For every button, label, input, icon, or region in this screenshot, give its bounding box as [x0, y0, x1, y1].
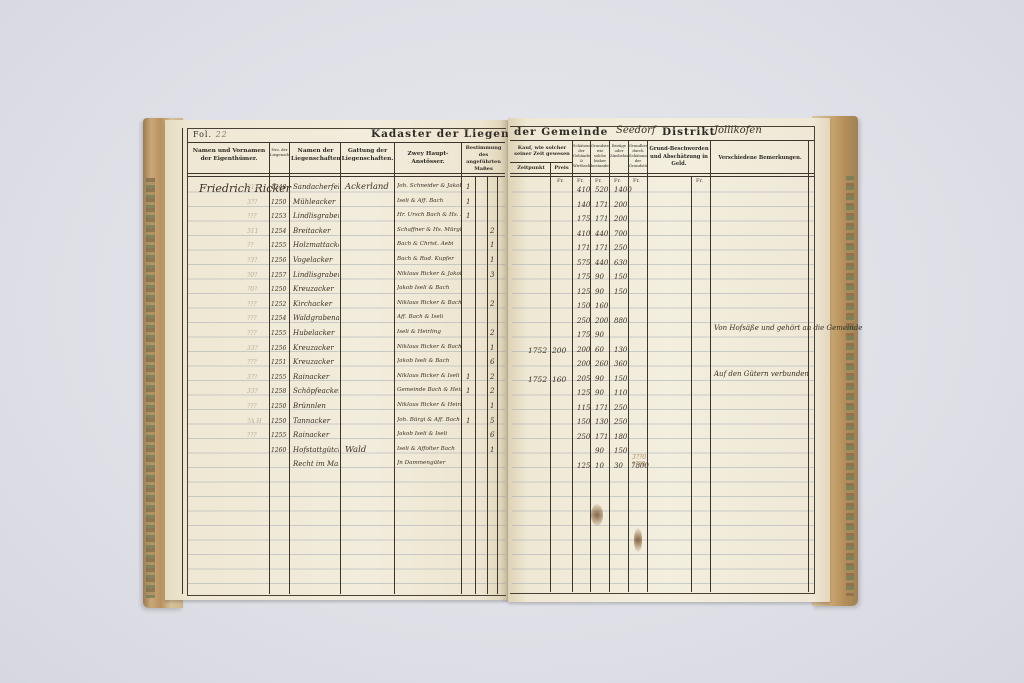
value-b: 90: [595, 375, 604, 383]
col-sep: [647, 140, 648, 592]
header-rule: [510, 173, 814, 174]
parcel-number: 1252: [271, 301, 286, 308]
kauf-preis: 160: [552, 375, 566, 384]
parcel-type: Ackerland: [345, 182, 389, 192]
col-header-bounds: Zwey Haupt-Anstösser.: [395, 150, 461, 166]
neighbours: Niklaus Ricker & Jakob Iseli: [397, 271, 461, 277]
parcel-number: 1250: [271, 199, 286, 206]
parcel-name: Lindlisgraben: [293, 212, 339, 220]
measure-1: 1: [466, 212, 470, 220]
value-b: 440: [595, 230, 608, 238]
folio-label: Fol. 22: [193, 130, 228, 139]
col-sep: [572, 140, 573, 592]
remark-1: Von Hofsäße und gehört an die Gemeinde: [714, 324, 862, 332]
parcel-number: 1258: [271, 388, 286, 395]
neighbours: Gemeinde Bach & Heirling: [397, 387, 461, 393]
value-c: 150: [614, 375, 627, 383]
parcel-name: Kreuzacker: [293, 344, 339, 352]
neighbours: Bach & Rud. Kupfer: [397, 256, 461, 262]
side-number: ???: [247, 315, 257, 322]
parcel-number: 1255: [271, 330, 286, 337]
measure-2: 5: [490, 417, 494, 425]
neighbours: Jakob Iseli & Bach: [397, 285, 461, 291]
parcel-number: 1250: [271, 403, 286, 410]
col-header-grundbesitz: Grundbesitz durch Schätzung der Grundstü…: [629, 143, 647, 168]
value-a: 250: [577, 317, 590, 325]
col-sep-thin: [487, 176, 488, 594]
measure-2: 1: [490, 256, 494, 264]
neighbours: Iseli & Heirling: [397, 329, 461, 335]
side-number: ???: [247, 213, 257, 220]
side-number: ??: [247, 242, 253, 249]
parcel-name: Holzmattacker: [293, 241, 339, 249]
side-number: ???: [247, 359, 257, 366]
col-sep: [394, 142, 395, 594]
parcel-name: Recht im Mahnwaldstrasse: [293, 460, 339, 468]
parcel-name: Kreuzacker: [293, 285, 339, 293]
parcel-number: 1254: [271, 228, 286, 235]
value-a: 250: [577, 433, 590, 441]
parcel-number: 1260: [271, 447, 286, 454]
col-sep: [609, 140, 610, 592]
value-c: 630: [614, 259, 627, 267]
measure-2: 6: [490, 431, 494, 439]
value-b: 60: [595, 346, 604, 354]
value-b: 90: [595, 288, 604, 296]
col-sep: [710, 140, 711, 592]
distrikt-value: Jollikofen: [714, 125, 762, 136]
parcel-name: Sandacherfeldacker: [293, 183, 339, 191]
value-a: 125: [577, 462, 590, 470]
parcel-number: 1255: [271, 432, 286, 439]
col-sep: [289, 142, 290, 594]
header-rule: [187, 173, 505, 174]
parcel-name: Vogelacker: [293, 256, 339, 264]
col-sep: [461, 142, 462, 594]
value-a: 200: [577, 360, 590, 368]
value-c: 150: [614, 273, 627, 281]
parcel-number: 1256: [271, 257, 286, 264]
kauf-preis: 200: [552, 346, 566, 355]
measure-2: 1: [490, 446, 494, 454]
unit-label: Fr.: [614, 178, 621, 184]
measure-2: 3: [490, 271, 494, 279]
col-header-measure: Bestimmung des angeführten Maßes: [462, 145, 505, 173]
col-header-nr: Nro. der Liegenschaften.: [270, 147, 289, 157]
header-rule-double: [187, 176, 505, 177]
value-c: 200: [614, 215, 627, 223]
value-b: 90: [595, 389, 604, 397]
value-c: 250: [614, 404, 627, 412]
neighbours: Jakob Iseli & Iseli: [397, 431, 461, 437]
value-a: 410: [577, 230, 590, 238]
measure-1: 1: [466, 417, 470, 425]
parcel-name: Tannacker: [293, 417, 339, 425]
value-a: 175: [577, 273, 590, 281]
measure-2: 1: [490, 241, 494, 249]
neighbours: Joh. Schneider & Jakob Iseli: [397, 183, 461, 189]
col-header-bezuge: Bezüge oder Zinsbelastung: [610, 143, 628, 158]
value-c: 130: [614, 346, 627, 354]
col-sep: [340, 142, 341, 594]
parcel-number: 1255: [271, 242, 286, 249]
value-b: 200: [595, 317, 608, 325]
parcel-name: Hofstattgütchen: [293, 446, 339, 454]
parcel-number: 1253: [271, 213, 286, 220]
value-a: 205: [577, 375, 590, 383]
sum-value-2: ???0: [632, 461, 645, 468]
value-b: 90: [595, 447, 604, 455]
value-a: 150: [577, 418, 590, 426]
value-b: 171: [595, 433, 608, 441]
measure-2: 2: [490, 329, 494, 337]
page-title-right: der Gemeinde: [514, 126, 608, 138]
parcel-number: 1250: [271, 418, 286, 425]
value-b: 160: [595, 302, 608, 310]
measure-2: 2: [490, 387, 494, 395]
side-number: ???: [247, 301, 257, 308]
col-header-schatzung: Schätzung der Gebäude, & Wirthschaften: [573, 143, 590, 168]
value-a: 125: [577, 389, 590, 397]
unit-label: Fr.: [557, 178, 564, 184]
value-c: 700: [614, 230, 627, 238]
parcel-number: 1256: [271, 345, 286, 352]
kauf-sub-rule: [510, 162, 572, 163]
kauf-zeitpunkt: 1752: [528, 346, 547, 355]
ink-stain: [591, 504, 603, 526]
measure-1: 1: [466, 387, 470, 395]
col-sep: [808, 140, 809, 592]
value-b: 171: [595, 215, 608, 223]
value-a: 175: [577, 331, 590, 339]
neighbours: Iseli & Affolter Bach: [397, 446, 461, 452]
col-header-kauf: Kauf, wie solcher seiner Zeit gewesen: [512, 145, 572, 157]
value-c: 200: [614, 201, 627, 209]
value-b: 90: [595, 273, 604, 281]
col-header-parcel-name: Namen der Liegenschaften.: [291, 147, 340, 163]
value-c: 360: [614, 360, 627, 368]
parcel-number: 1250: [271, 286, 286, 293]
neighbours: Niklaus Ricker & Bach: [397, 344, 461, 350]
side-number: ?A H: [247, 418, 262, 425]
value-a: 200: [577, 346, 590, 354]
margin-line: [182, 128, 183, 594]
parcel-number: 1251: [271, 359, 286, 366]
sum-value-1: 3??0: [632, 454, 646, 461]
col-sep: [691, 176, 692, 592]
side-number: 33?: [247, 345, 258, 352]
parcel-name: Kreuzacker: [293, 358, 339, 366]
value-a: 140: [577, 201, 590, 209]
parcel-name: Waldgrabenacker: [293, 314, 339, 322]
parcel-name: Rainacker: [293, 431, 339, 439]
value-b: 260: [595, 360, 608, 368]
neighbours: Hr. Ursch Bach & Hs. Mürgler: [397, 212, 461, 218]
parcel-number: 1255: [271, 374, 286, 381]
parcel-number: 1257: [271, 272, 286, 279]
value-c: 1400: [614, 186, 632, 194]
col-header-grundsteuer: Grundsteuer, wie solche bisher bestanden: [591, 143, 609, 168]
parcel-name: Kirchacker: [293, 300, 339, 308]
header-rule-double: [510, 176, 814, 177]
parcel-number: 1254: [271, 315, 286, 322]
col-sep-thin: [475, 176, 476, 594]
col-sep-thin: [497, 176, 498, 594]
folio-number: 22: [216, 130, 228, 139]
col-sep: [269, 142, 270, 594]
col-sep: [628, 140, 629, 592]
value-c: 250: [614, 418, 627, 426]
col-header-owner: Namen und Vornamen der Eigenthümer.: [189, 147, 269, 163]
parcel-name: Lindlisgraben: [293, 271, 339, 279]
value-a: 171: [577, 244, 590, 252]
value-b: 90: [595, 331, 604, 339]
value-a: 575: [577, 259, 590, 267]
col-header-beschwerden: Grund-Beschwerden und Abschätzung in Gel…: [648, 146, 710, 169]
side-number: ?0?: [247, 286, 257, 293]
measure-2: 2: [490, 373, 494, 381]
parcel-name: Rainacker: [293, 373, 339, 381]
measure-2: 6: [490, 358, 494, 366]
col-header-zeitpunkt: Zeitpunkt: [512, 164, 550, 172]
col-header-preis: Preis: [551, 164, 572, 172]
neighbours: Aff. Bach & Iseli: [397, 314, 461, 320]
parcel-number: 1248: [271, 184, 286, 191]
value-c: 180: [614, 433, 627, 441]
unit-label: Fr.: [577, 178, 584, 184]
value-a: 150: [577, 302, 590, 310]
side-number: ?0?: [247, 272, 257, 279]
folio-label-text: Fol.: [193, 130, 212, 139]
measure-1: 1: [466, 198, 470, 206]
right-page: der Gemeinde Seedorf Distrikt Jollikofen…: [508, 118, 830, 602]
side-number: 311: [247, 228, 258, 235]
side-number: ?3?: [247, 257, 257, 264]
open-ledger-book: Fol. 22 Kadaster der Liegenschaften Name…: [0, 0, 1024, 683]
value-c: 30: [614, 462, 623, 470]
value-c: 250: [614, 244, 627, 252]
parcel-name: Hubelacker: [293, 329, 339, 337]
neighbours: Joh. Bürgi & Aff. Bach: [397, 417, 461, 423]
parcel-name: Schöpfeacker: [293, 387, 339, 395]
value-b: 171: [595, 244, 608, 252]
value-b: 130: [595, 418, 608, 426]
side-number: ???: [247, 403, 257, 410]
measure-1: 1: [466, 183, 470, 191]
right-page-frame: [510, 126, 815, 594]
value-b: 440: [595, 259, 608, 267]
value-c: 110: [614, 389, 627, 397]
neighbours: Iseli & Aff. Bach: [397, 198, 461, 204]
side-number: 3??: [247, 199, 257, 206]
col-header-bemerkungen: Verschiedene Bemerkungen.: [712, 154, 808, 162]
ink-stain: [634, 528, 642, 552]
value-b: 520: [595, 186, 608, 194]
value-c: 150: [614, 288, 627, 296]
side-number: 313: [247, 184, 258, 191]
parcel-name: Brünnlen: [293, 402, 339, 410]
measure-2: 2: [490, 300, 494, 308]
side-number: ???: [247, 432, 257, 439]
measure-2: 2: [490, 227, 494, 235]
value-a: 175: [577, 215, 590, 223]
neighbours: Schaffner & Hs. Mürgler: [397, 227, 461, 233]
parcel-name: Breitacker: [293, 227, 339, 235]
left-page: Fol. 22 Kadaster der Liegenschaften Name…: [165, 120, 508, 600]
neighbours: Bach & Christ. Aebi: [397, 241, 461, 247]
title-rule: [510, 140, 814, 141]
unit-label: Fr.: [633, 178, 640, 184]
parcel-type: Wald: [345, 445, 366, 455]
gemeinde-value: Seedorf: [616, 125, 656, 136]
distrikt-label: Distrikt: [662, 126, 716, 138]
neighbours: Niklaus Ricker & Bach: [397, 300, 461, 306]
value-b: 10: [595, 462, 604, 470]
value-b: 171: [595, 201, 608, 209]
side-number: ???: [247, 330, 257, 337]
neighbours: Jn Dammengüter: [397, 460, 461, 466]
col-header-type: Gattung der Liegenschaften.: [341, 147, 394, 163]
title-rule: [187, 142, 505, 143]
side-number: 33?: [247, 388, 258, 395]
value-b: 171: [595, 404, 608, 412]
kauf-zeitpunkt: 1752: [528, 375, 547, 384]
value-c: 150: [614, 447, 627, 455]
unit-label: Fr.: [595, 178, 602, 184]
parcel-name: Mühleacker: [293, 198, 339, 206]
value-a: 125: [577, 288, 590, 296]
neighbours: Niklaus Ricker & Heirling: [397, 402, 461, 408]
unit-label: Fr.: [696, 178, 703, 184]
measure-2: 1: [490, 402, 494, 410]
remark-2: Auf den Gütern verbunden: [714, 370, 809, 378]
neighbours: Niklaus Ricker & Iseli: [397, 373, 461, 379]
measure-2: 1: [490, 344, 494, 352]
value-a: 410: [577, 186, 590, 194]
side-number: 3??: [247, 374, 257, 381]
neighbours: Jakob Iseli & Bach: [397, 358, 461, 364]
measure-1: 1: [466, 373, 470, 381]
value-a: 115: [577, 404, 590, 412]
value-c: 880: [614, 317, 627, 325]
